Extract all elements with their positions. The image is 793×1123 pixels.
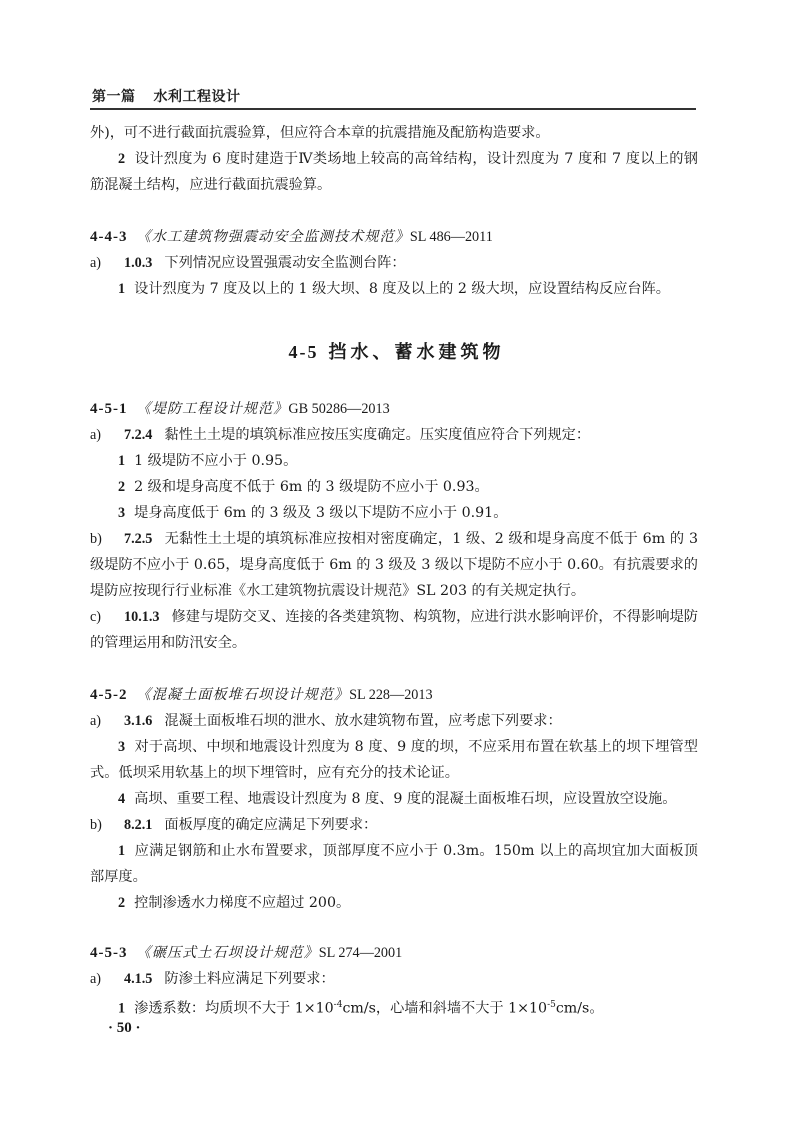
standard-ref-4-5-3: 4-5-3 《碾压式土石坝设计规范》SL 274—2001 a)4.1.5防渗土… — [90, 940, 698, 1022]
document-page: 第一篇水利工程设计 外)，可不进行截面抗震验算，但应符合本章的抗震措施及配筋构造… — [0, 0, 793, 1123]
standard-heading: 4-5-1 《堤防工程设计规范》GB 50286—2013 — [90, 396, 698, 422]
continuation-block: 外)，可不进行截面抗震验算，但应符合本章的抗震措施及配筋构造要求。 2 设计烈度… — [90, 120, 698, 198]
paragraph: 外)，可不进行截面抗震验算，但应符合本章的抗震措施及配筋构造要求。 — [90, 120, 698, 146]
page-number: · 50 · — [108, 1020, 141, 1037]
list-item: 1 渗透系数：均质坝不大于 1×10-4cm/s，心墙和斜墙不大于 1×10-5… — [90, 992, 698, 1022]
list-item: 3 对于高坝、中坝和地震设计烈度为 8 度、9 度的坝，不应采用布置在软基上的坝… — [90, 734, 698, 786]
standard-heading: 4-4-3 《水工建筑物强震动安全监测技术规范》SL 486—2011 — [90, 224, 698, 250]
clause: a)4.1.5防渗土料应满足下列要求： — [90, 966, 698, 992]
standard-heading: 4-5-2 《混凝土面板堆石坝设计规范》SL 228—2013 — [90, 682, 698, 708]
list-item: 1 设计烈度为 7 度及以上的 1 级大坝、8 度及以上的 2 级大坝，应设置结… — [90, 276, 698, 302]
clause: b)7.2.5无黏性土土堤的填筑标准应按相对密度确定，1 级、2 级和堤身高度不… — [90, 526, 698, 604]
list-item: 2 控制渗透水力梯度不应超过 200。 — [90, 890, 698, 916]
part-label: 第一篇 — [92, 89, 136, 105]
header-rule — [90, 108, 696, 110]
part-title: 水利工程设计 — [154, 89, 241, 105]
list-item: 3 堤身高度低于 6m 的 3 级及 3 级以下堤防不应小于 0.91。 — [90, 500, 698, 526]
standard-ref-4-5-1: 4-5-1 《堤防工程设计规范》GB 50286—2013 a)7.2.4黏性土… — [90, 396, 698, 656]
running-head: 第一篇水利工程设计 — [92, 86, 241, 106]
standard-ref-4-5-2: 4-5-2 《混凝土面板堆石坝设计规范》SL 228—2013 a)3.1.6混… — [90, 682, 698, 916]
clause: c)10.1.3修建与堤防交叉、连接的各类建筑物、构筑物，应进行洪水影响评价，不… — [90, 604, 698, 656]
clause: a)1.0.3下列情况应设置强震动安全监测台阵： — [90, 250, 698, 276]
section-title: 4-5挡水、蓄水建筑物 — [0, 338, 793, 364]
standard-heading: 4-5-3 《碾压式土石坝设计规范》SL 274—2001 — [90, 940, 698, 966]
list-item: 1 1 级堤防不应小于 0.95。 — [90, 448, 698, 474]
clause: a)3.1.6混凝土面板堆石坝的泄水、放水建筑物布置，应考虑下列要求： — [90, 708, 698, 734]
list-item: 1 应满足钢筋和止水布置要求，顶部厚度不应小于 0.3m。150m 以上的高坝宜… — [90, 838, 698, 890]
list-item: 2 2 级和堤身高度不低于 6m 的 3 级堤防不应小于 0.93。 — [90, 474, 698, 500]
clause: b)8.2.1面板厚度的确定应满足下列要求： — [90, 812, 698, 838]
list-item: 2 设计烈度为 6 度时建造于Ⅳ类场地上较高的高耸结构，设计烈度为 7 度和 7… — [90, 146, 698, 198]
clause: a)7.2.4黏性土土堤的填筑标准应按压实度确定。压实度值应符合下列规定： — [90, 422, 698, 448]
list-item: 4 高坝、重要工程、地震设计烈度为 8 度、9 度的混凝土面板堆石坝，应设置放空… — [90, 786, 698, 812]
standard-ref-4-4-3: 4-4-3 《水工建筑物强震动安全监测技术规范》SL 486—2011 a)1.… — [90, 224, 698, 302]
